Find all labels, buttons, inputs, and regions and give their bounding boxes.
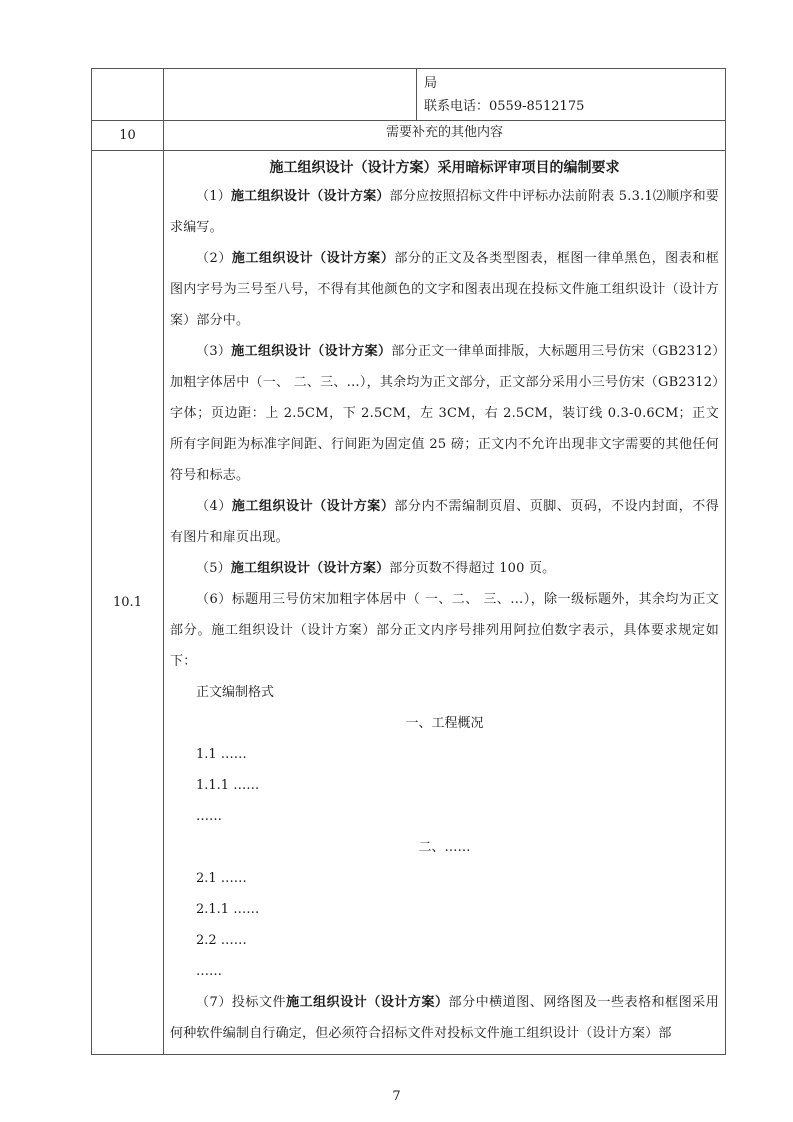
item-bold-term: 施工组织设计（设计方案） — [286, 995, 448, 1010]
row-number-cell: 10 — [92, 121, 164, 151]
outline-item: 2.2 …… — [170, 925, 719, 956]
blank-subcell — [164, 69, 417, 120]
item-bold-term: 施工组织设计（设计方案） — [231, 561, 389, 576]
outline-item: 1.1.1 …… — [170, 770, 719, 801]
document-page: 局 联系电话：0559-8512175 10 需要补充的其他内容 10.1 施工… — [0, 0, 793, 1122]
row-number-cell — [92, 69, 164, 121]
row-number-cell: 10.1 — [92, 151, 164, 1055]
requirement-item-4: （4）施工组织设计（设计方案）部分内不需编制页眉、页脚、页码，不设内封面，不得有… — [170, 491, 719, 553]
outline-item: 2.1.1 …… — [170, 894, 719, 925]
requirements-table: 局 联系电话：0559-8512175 10 需要补充的其他内容 10.1 施工… — [91, 68, 726, 1055]
item-bold-term: 施工组织设计（设计方案） — [232, 499, 394, 514]
format-label: 正文编制格式 — [170, 677, 719, 708]
outline-item: …… — [170, 956, 719, 987]
page-number: 7 — [0, 1089, 793, 1104]
contact-phone: 联系电话：0559-8512175 — [424, 95, 584, 118]
contact-cell: 局 联系电话：0559-8512175 — [164, 69, 726, 121]
item-prefix: （7）投标文件 — [196, 995, 286, 1010]
contact-subcell: 局 联系电话：0559-8512175 — [417, 69, 584, 120]
contact-line-1: 局 — [424, 72, 584, 95]
item-bold-term: 施工组织设计（设计方案） — [231, 189, 390, 204]
outline-item: 2.1 …… — [170, 863, 719, 894]
item-prefix: （2） — [196, 251, 232, 266]
item-prefix: （5） — [196, 561, 231, 576]
item-prefix: （3） — [196, 344, 231, 359]
item-prefix: （1） — [196, 189, 231, 204]
outline-section-2-title: 二、…… — [170, 832, 719, 863]
requirement-item-6: （6）标题用三号仿宋加粗字体居中（ 一、二、 三、…），除一级标题外，其余均为正… — [170, 584, 719, 677]
item-bold-term: 施工组织设计（设计方案） — [232, 251, 394, 266]
section-heading: 施工组织设计（设计方案）采用暗标评审项目的编制要求 — [170, 157, 719, 179]
outline-section-1-title: 一、工程概况 — [170, 708, 719, 739]
requirement-item-3: （3）施工组织设计（设计方案）部分正文一律单面排版，大标题用三号仿宋（GB231… — [170, 336, 719, 491]
table-row-contact: 局 联系电话：0559-8512175 — [92, 69, 726, 121]
outline-item: 1.1 …… — [170, 739, 719, 770]
table-row-10: 10 需要补充的其他内容 — [92, 121, 726, 151]
table-row-10-1: 10.1 施工组织设计（设计方案）采用暗标评审项目的编制要求 （1）施工组织设计… — [92, 151, 726, 1055]
requirement-item-1: （1）施工组织设计（设计方案）部分应按照招标文件中评标办法前附表 5.3.1⑵顺… — [170, 181, 719, 243]
item-prefix: （6） — [196, 592, 232, 607]
item-text: 部分页数不得超过 100 页。 — [389, 561, 555, 576]
item-text: 标题用三号仿宋加粗字体居中（ 一、二、 三、…），除一级标题外，其余均为正文部分… — [170, 592, 719, 669]
item-prefix: （4） — [196, 499, 232, 514]
requirement-item-5: （5）施工组织设计（设计方案）部分页数不得超过 100 页。 — [170, 553, 719, 584]
row-title: 需要补充的其他内容 — [164, 121, 726, 151]
outline-item: …… — [170, 801, 719, 832]
requirements-content-cell: 施工组织设计（设计方案）采用暗标评审项目的编制要求 （1）施工组织设计（设计方案… — [164, 151, 726, 1055]
requirement-item-7: （7）投标文件施工组织设计（设计方案）部分中横道图、网络图及一些表格和框图采用何… — [170, 987, 719, 1049]
requirement-item-2: （2）施工组织设计（设计方案）部分的正文及各类型图表，框图一律单黑色，图表和框图… — [170, 243, 719, 336]
item-text: 部分正文一律单面排版，大标题用三号仿宋（GB2312）加粗字体居中（一、 二、三… — [170, 344, 719, 483]
item-bold-term: 施工组织设计（设计方案） — [231, 344, 391, 359]
